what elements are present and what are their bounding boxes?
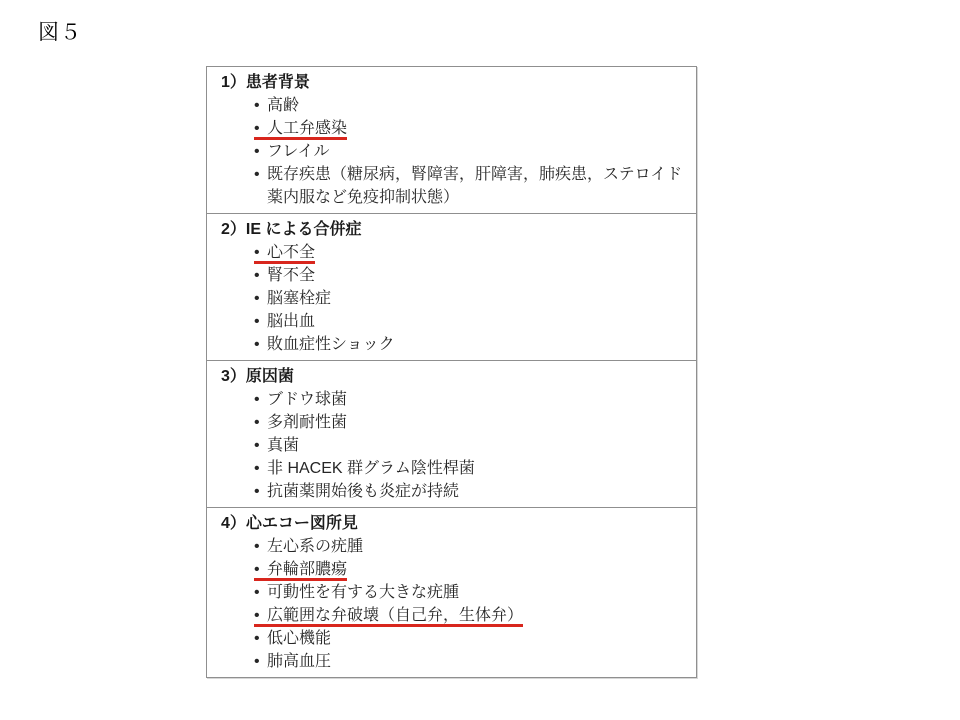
bullet-icon: • [254,333,267,356]
item-text: 左心系の疣腫 [267,538,363,555]
item-text: 敗血症性ショック [267,336,395,353]
red-underlined-entry: •心不全 [254,244,315,264]
list-entry: •多剤耐性菌 [254,414,347,431]
list-item: •心不全 [207,241,684,264]
item-text: 多剤耐性菌 [267,414,347,431]
list-item: •左心系の疣腫 [207,535,684,558]
criteria-table: 1）患者背景•高齢•人工弁感染•フレイル•既存疾患（糖尿病，腎障害，肝障害，肺疾… [206,66,697,678]
list-entry: •脳出血 [254,313,315,330]
section-heading: 2）IE による合併症 [207,218,684,241]
item-text: 抗菌薬開始後も炎症が持続 [267,483,459,500]
list-item: •敗血症性ショック [207,333,684,356]
bullet-icon: • [254,264,267,287]
criteria-section-3: 3）原因菌•ブドウ球菌•多剤耐性菌•真菌•非 HACEK 群グラム陰性桿菌•抗菌… [207,361,696,508]
bullet-icon: • [254,140,267,163]
item-text: 広範囲な弁破壊（自己弁，生体弁） [267,607,523,624]
bullet-icon: • [254,241,267,264]
slide-page: 図５ 1）患者背景•高齢•人工弁感染•フレイル•既存疾患（糖尿病，腎障害，肝障害… [0,0,960,720]
bullet-icon: • [254,287,267,310]
criteria-section-4: 4）心エコー図所見•左心系の疣腫•弁輪部膿瘍•可動性を有する大きな疣腫•広範囲な… [207,508,696,677]
item-text: 腎不全 [267,267,315,284]
list-entry: •脳塞栓症 [254,290,331,307]
list-item: •非 HACEK 群グラム陰性桿菌 [207,457,684,480]
list-item: •高齢 [207,94,684,117]
list-entry: •ブドウ球菌 [254,391,347,408]
bullet-icon: • [254,650,267,673]
bullet-icon: • [254,388,267,411]
list-item: •可動性を有する大きな疣腫 [207,581,684,604]
item-text: ブドウ球菌 [267,391,347,408]
red-underlined-entry: •広範囲な弁破壊（自己弁，生体弁） [254,607,523,627]
list-item: •真菌 [207,434,684,457]
item-text: 高齢 [267,97,299,114]
list-entry: •真菌 [254,437,299,454]
item-text: 人工弁感染 [267,120,347,137]
criteria-section-1: 1）患者背景•高齢•人工弁感染•フレイル•既存疾患（糖尿病，腎障害，肝障害，肺疾… [207,67,696,214]
item-text: 既存疾患（糖尿病，腎障害，肝障害，肺疾患，ステロイド薬内服など免疫抑制状態） [267,166,682,206]
criteria-section-2: 2）IE による合併症•心不全•腎不全•脳塞栓症•脳出血•敗血症性ショック [207,214,696,361]
list-item: •多剤耐性菌 [207,411,684,434]
item-text: 非 HACEK 群グラム陰性桿菌 [267,460,475,477]
item-text: 肺高血圧 [267,653,331,670]
bullet-icon: • [254,434,267,457]
bullet-icon: • [254,117,267,140]
bullet-icon: • [254,411,267,434]
item-text: 弁輪部膿瘍 [267,561,347,578]
list-entry: •既存疾患（糖尿病，腎障害，肝障害，肺疾患，ステロイド薬内服など免疫抑制状態） [254,166,682,206]
section-heading: 4）心エコー図所見 [207,512,684,535]
list-entry: •フレイル [254,143,330,160]
bullet-icon: • [254,163,267,186]
item-text: 心不全 [267,244,315,261]
list-item: •弁輪部膿瘍 [207,558,684,581]
item-text: 低心機能 [267,630,331,647]
list-entry: •高齢 [254,97,299,114]
item-text: 脳出血 [267,313,315,330]
section-heading: 1）患者背景 [207,71,684,94]
bullet-icon: • [254,604,267,627]
item-text: 真菌 [267,437,299,454]
list-entry: •低心機能 [254,630,331,647]
list-entry: •左心系の疣腫 [254,538,363,555]
list-item: •抗菌薬開始後も炎症が持続 [207,480,684,503]
bullet-icon: • [254,581,267,604]
bullet-icon: • [254,558,267,581]
item-text: フレイル [267,143,330,160]
bullet-icon: • [254,480,267,503]
list-item: •ブドウ球菌 [207,388,684,411]
list-item: •肺高血圧 [207,650,684,673]
list-item: •脳出血 [207,310,684,333]
list-entry: •可動性を有する大きな疣腫 [254,584,459,601]
list-entry: •敗血症性ショック [254,336,395,353]
list-item: •広範囲な弁破壊（自己弁，生体弁） [207,604,684,627]
bullet-icon: • [254,310,267,333]
list-entry: •抗菌薬開始後も炎症が持続 [254,483,459,500]
bullet-icon: • [254,535,267,558]
list-entry: •非 HACEK 群グラム陰性桿菌 [254,460,475,477]
list-item: •脳塞栓症 [207,287,684,310]
red-underlined-entry: •人工弁感染 [254,120,347,140]
bullet-icon: • [254,94,267,117]
bullet-icon: • [254,627,267,650]
list-item: •フレイル [207,140,684,163]
list-item: •人工弁感染 [207,117,684,140]
list-entry: •肺高血圧 [254,653,331,670]
list-item: •低心機能 [207,627,684,650]
list-item: •既存疾患（糖尿病，腎障害，肝障害，肺疾患，ステロイド薬内服など免疫抑制状態） [207,163,684,209]
red-underlined-entry: •弁輪部膿瘍 [254,561,347,581]
list-entry: •腎不全 [254,267,315,284]
bullet-icon: • [254,457,267,480]
item-text: 脳塞栓症 [267,290,331,307]
figure-label: 図５ [38,16,82,46]
item-text: 可動性を有する大きな疣腫 [267,584,459,601]
list-item: •腎不全 [207,264,684,287]
section-heading: 3）原因菌 [207,365,684,388]
